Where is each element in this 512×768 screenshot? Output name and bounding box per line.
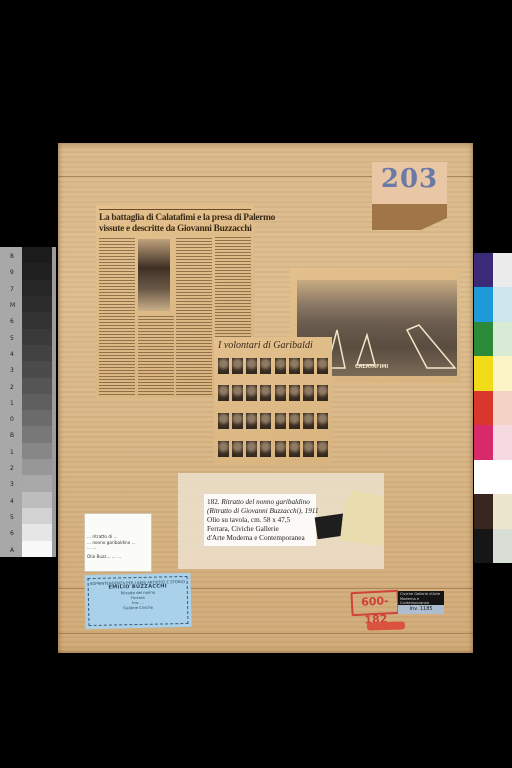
volunteer-portrait bbox=[303, 358, 314, 374]
portrait-row bbox=[218, 413, 328, 429]
blue-inventory-card: SOPRINTENDENZA PER I BENI ARTISTICI E ST… bbox=[84, 573, 191, 629]
color-patch bbox=[493, 287, 512, 321]
color-patch bbox=[474, 494, 493, 528]
color-patch bbox=[474, 425, 493, 459]
inventory-label-header: Civiche Gallerie d'Arte Moderna e Contem… bbox=[398, 591, 444, 605]
volunteer-portrait bbox=[275, 358, 286, 374]
gray-step bbox=[22, 508, 52, 524]
article-column bbox=[176, 237, 212, 395]
card-text: ... ritratto di ... ... nonno garibaldin… bbox=[87, 534, 136, 559]
blue-card-text: SOPRINTENDENZA PER I BENI ARTISTICI E ST… bbox=[85, 579, 192, 611]
volunteer-portrait bbox=[218, 413, 229, 429]
catalog-number: 182. bbox=[207, 498, 220, 506]
color-patch bbox=[493, 356, 512, 390]
article-headline: La battaglia di Calatafimi e la presa di… bbox=[99, 213, 251, 235]
artwork-medium: Olio su tavola, cm. 58 x 47,5 bbox=[207, 516, 318, 525]
gray-step bbox=[22, 426, 52, 442]
ruler-mark: 2 bbox=[10, 465, 14, 472]
ruler-mark: 9 bbox=[10, 269, 14, 276]
color-patch bbox=[474, 253, 493, 287]
volunteer-portrait bbox=[275, 385, 286, 401]
volunteer-portrait bbox=[289, 358, 300, 374]
catalog-label: 182. Ritratto del nonno garibaldino (Rit… bbox=[204, 494, 316, 546]
color-patch bbox=[474, 356, 493, 390]
ruler-mark: 6 bbox=[10, 530, 14, 537]
article-column bbox=[138, 315, 174, 395]
ruler-mark: 7 bbox=[10, 286, 14, 293]
gray-scale-steps bbox=[22, 247, 52, 557]
color-patch bbox=[493, 494, 512, 528]
color-patch bbox=[474, 322, 493, 356]
ruler-mark: A bbox=[10, 547, 14, 554]
gray-step bbox=[22, 329, 52, 345]
ruler-mark: B bbox=[10, 432, 14, 439]
color-patch bbox=[493, 322, 512, 356]
headline-line-1: La battaglia di Calatafimi e la presa di… bbox=[99, 213, 251, 224]
tape-curl bbox=[340, 490, 384, 546]
gray-step bbox=[22, 263, 52, 279]
masthead-rule bbox=[99, 209, 251, 210]
gray-step bbox=[22, 524, 52, 540]
volunteers-title: I volontari di Garibaldi bbox=[218, 340, 328, 351]
portrait-photo bbox=[138, 239, 170, 311]
gray-step bbox=[22, 541, 52, 557]
color-patch bbox=[493, 391, 512, 425]
color-patch bbox=[493, 253, 512, 287]
red-wax-mark bbox=[367, 621, 405, 630]
collection-name: d'Arte Moderna e Contemporanea bbox=[207, 534, 318, 543]
volunteer-portrait bbox=[232, 358, 243, 374]
ruler-mark: 3 bbox=[10, 367, 14, 374]
article-column bbox=[99, 237, 135, 395]
volunteer-portrait bbox=[232, 441, 243, 457]
artwork-title: Ritratto del nonno garibaldino bbox=[221, 498, 309, 506]
volunteer-portrait bbox=[317, 413, 328, 429]
ruler-mark: 6 bbox=[10, 318, 14, 325]
newspaper-clipping-volunteers: I volontari di Garibaldi bbox=[214, 337, 332, 465]
gray-step bbox=[22, 378, 52, 394]
ruler-mark: M bbox=[10, 302, 15, 309]
inventory-label-number: Inv. 1185 bbox=[398, 605, 444, 614]
gray-scale-target: 897M6543210B123456A bbox=[0, 247, 56, 557]
color-patch bbox=[474, 460, 493, 494]
color-patch bbox=[493, 529, 512, 563]
portrait-row bbox=[218, 441, 328, 457]
volunteer-portrait bbox=[246, 413, 257, 429]
inventory-number-tag: 203 bbox=[372, 162, 447, 204]
collection-city: Ferrara, Civiche Gallerie bbox=[207, 525, 318, 534]
volunteer-portrait bbox=[218, 385, 229, 401]
inventory-label: Civiche Gallerie d'Arte Moderna e Contem… bbox=[398, 591, 444, 614]
volunteer-portrait bbox=[289, 385, 300, 401]
ruler-mark: 1 bbox=[10, 400, 14, 407]
color-patch bbox=[493, 425, 512, 459]
ruler-mark: 5 bbox=[10, 514, 14, 521]
volunteer-portrait bbox=[275, 441, 286, 457]
plank-seam bbox=[58, 633, 473, 634]
inventory-label-line: Civiche Gallerie d'Arte bbox=[400, 592, 442, 597]
color-patch bbox=[493, 460, 512, 494]
card-line: ... ... bbox=[87, 545, 136, 551]
volunteer-portrait bbox=[260, 413, 271, 429]
gray-step bbox=[22, 345, 52, 361]
card-line: Olio Buzz... ... ... bbox=[87, 554, 136, 560]
volunteer-portrait bbox=[303, 385, 314, 401]
volunteer-portrait bbox=[218, 441, 229, 457]
inventory-label-line: Moderna e Contemporanea bbox=[400, 597, 442, 606]
volunteer-portrait bbox=[275, 413, 286, 429]
catalog-label-text: 182. Ritratto del nonno garibaldino (Rit… bbox=[207, 498, 318, 543]
volunteer-portrait bbox=[246, 441, 257, 457]
ruler-mark: 3 bbox=[10, 481, 14, 488]
inventory-number: 203 bbox=[372, 164, 447, 194]
handwritten-card: ... ritratto di ... ... nonno garibaldin… bbox=[84, 513, 152, 572]
volunteer-portrait bbox=[317, 358, 328, 374]
volunteer-portrait bbox=[246, 358, 257, 374]
gray-step bbox=[22, 247, 52, 263]
gray-step bbox=[22, 475, 52, 491]
volunteer-portrait bbox=[303, 413, 314, 429]
portrait-row bbox=[218, 358, 328, 374]
volunteer-portrait bbox=[260, 385, 271, 401]
red-stamp: 600-182 bbox=[350, 590, 399, 616]
portrait-row bbox=[218, 385, 328, 401]
gray-step bbox=[22, 459, 52, 475]
color-calibration-chart bbox=[474, 253, 512, 563]
volunteer-portrait bbox=[218, 358, 229, 374]
gray-step bbox=[22, 296, 52, 312]
gray-scale-ruler: 897M6543210B123456A bbox=[0, 247, 22, 557]
color-patch bbox=[474, 287, 493, 321]
ruler-mark: 0 bbox=[10, 416, 14, 423]
color-patch bbox=[474, 391, 493, 425]
ruler-mark: 1 bbox=[10, 449, 14, 456]
volunteer-portrait bbox=[317, 441, 328, 457]
gray-step bbox=[22, 312, 52, 328]
gray-step bbox=[22, 361, 52, 377]
volunteer-portrait bbox=[317, 385, 328, 401]
color-patch bbox=[474, 529, 493, 563]
gray-step bbox=[22, 443, 52, 459]
headline-line-2: vissute e descritte da Giovanni Buzzacch… bbox=[99, 224, 251, 235]
ruler-mark: 2 bbox=[10, 384, 14, 391]
ruler-mark: 4 bbox=[10, 498, 14, 505]
photo-caption: CALATAFIMI bbox=[355, 364, 388, 370]
volunteer-portrait bbox=[260, 441, 271, 457]
volunteer-portrait bbox=[289, 441, 300, 457]
ruler-mark: 8 bbox=[10, 253, 14, 260]
gray-step bbox=[22, 280, 52, 296]
volunteer-portrait bbox=[232, 413, 243, 429]
volunteer-portrait bbox=[260, 358, 271, 374]
volunteer-portrait bbox=[232, 385, 243, 401]
gray-step bbox=[22, 410, 52, 426]
volunteer-portrait bbox=[289, 413, 300, 429]
article-column bbox=[215, 237, 251, 337]
volunteer-portrait bbox=[303, 441, 314, 457]
gray-step bbox=[22, 492, 52, 508]
volunteer-portrait bbox=[246, 385, 257, 401]
gray-step bbox=[22, 394, 52, 410]
ruler-mark: 5 bbox=[10, 335, 14, 342]
artwork-subtitle: (Ritratto di Giovanni Buzzacchi), 1911 bbox=[207, 507, 318, 516]
ruler-mark: 4 bbox=[10, 351, 14, 358]
